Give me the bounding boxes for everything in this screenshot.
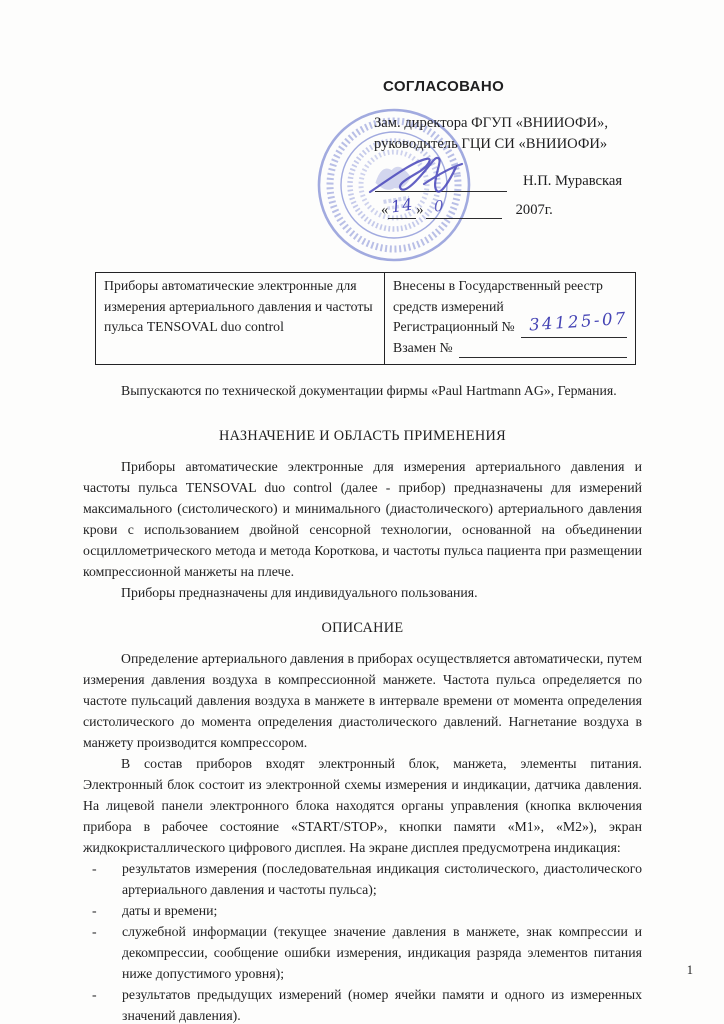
description-paragraph: В состав приборов входят электронный бло… (83, 753, 642, 858)
registry-table: Приборы автоматические электронные для и… (95, 272, 636, 365)
table-row: Приборы автоматические электронные для и… (96, 273, 636, 365)
list-item-text: служебной информации (текущее значение д… (122, 924, 642, 981)
replacement-number-blank (459, 339, 627, 358)
purpose-paragraph: Приборы предназначены для индивидуальног… (83, 582, 642, 603)
replacement-label: Взамен № (393, 338, 453, 359)
manufacturer-note: Выпускаются по технической документации … (83, 380, 642, 401)
list-item-text: даты и времени; (122, 903, 217, 918)
date-day-blank: 14 (388, 202, 416, 219)
description-section-heading: ОПИСАНИЕ (83, 620, 642, 637)
list-dash-marker: - (92, 984, 97, 1005)
signature-scribble (366, 150, 486, 202)
list-dash-marker: - (92, 921, 97, 942)
list-item-text: результатов измерения (последовательная … (122, 861, 642, 897)
approver-title-line1: Зам. директора ФГУП «ВНИИОФИ», (374, 113, 608, 134)
date-year: 2007г. (516, 202, 553, 218)
registry-cell: Внесены в Государственный реестр средств… (385, 273, 636, 365)
registration-number-row: Регистрационный № 34125-07 (393, 317, 627, 338)
purpose-paragraph: Приборы автоматические электронные для и… (83, 456, 642, 582)
approver-title: Зам. директора ФГУП «ВНИИОФИ», руководит… (374, 113, 608, 154)
list-item: - результатов измерения (последовательна… (83, 858, 642, 900)
scanned-document-page: СОГЛАСОВАНО Зам. директора ФГУП «ВНИИОФИ… (0, 0, 724, 1024)
date-close-quote: » (416, 202, 423, 218)
document-body: Выпускаются по технической документации … (0, 380, 724, 1024)
list-dash-marker: - (92, 900, 97, 921)
description-paragraph: Определение артериального давления в при… (83, 648, 642, 753)
registration-number-blank: 34125-07 (521, 319, 627, 338)
approval-date-line: «14»02007г. (381, 202, 553, 219)
list-dash-marker: - (92, 858, 97, 879)
purpose-section-heading: НАЗНАЧЕНИЕ И ОБЛАСТЬ ПРИМЕНЕНИЯ (83, 428, 642, 445)
list-item: - служебной информации (текущее значение… (83, 921, 642, 984)
list-item: - результатов предыдущих измерений (номе… (83, 984, 642, 1024)
approval-header: СОГЛАСОВАНО Зам. директора ФГУП «ВНИИОФИ… (0, 0, 724, 272)
date-open-quote: « (381, 202, 388, 218)
device-description-cell: Приборы автоматические электронные для и… (96, 273, 385, 365)
replacement-number-row: Взамен № (393, 338, 627, 359)
page-number: 1 (687, 963, 693, 978)
list-item: - даты и времени; (83, 900, 642, 921)
date-month-blank: 0 (426, 202, 502, 219)
registration-label: Регистрационный № (393, 317, 515, 338)
indication-list: - результатов измерения (последовательна… (83, 858, 642, 1024)
approval-stamp-word: СОГЛАСОВАНО (383, 78, 504, 95)
signer-name: Н.П. Муравская (523, 173, 622, 190)
list-item-text: результатов предыдущих измерений (номер … (122, 987, 642, 1023)
